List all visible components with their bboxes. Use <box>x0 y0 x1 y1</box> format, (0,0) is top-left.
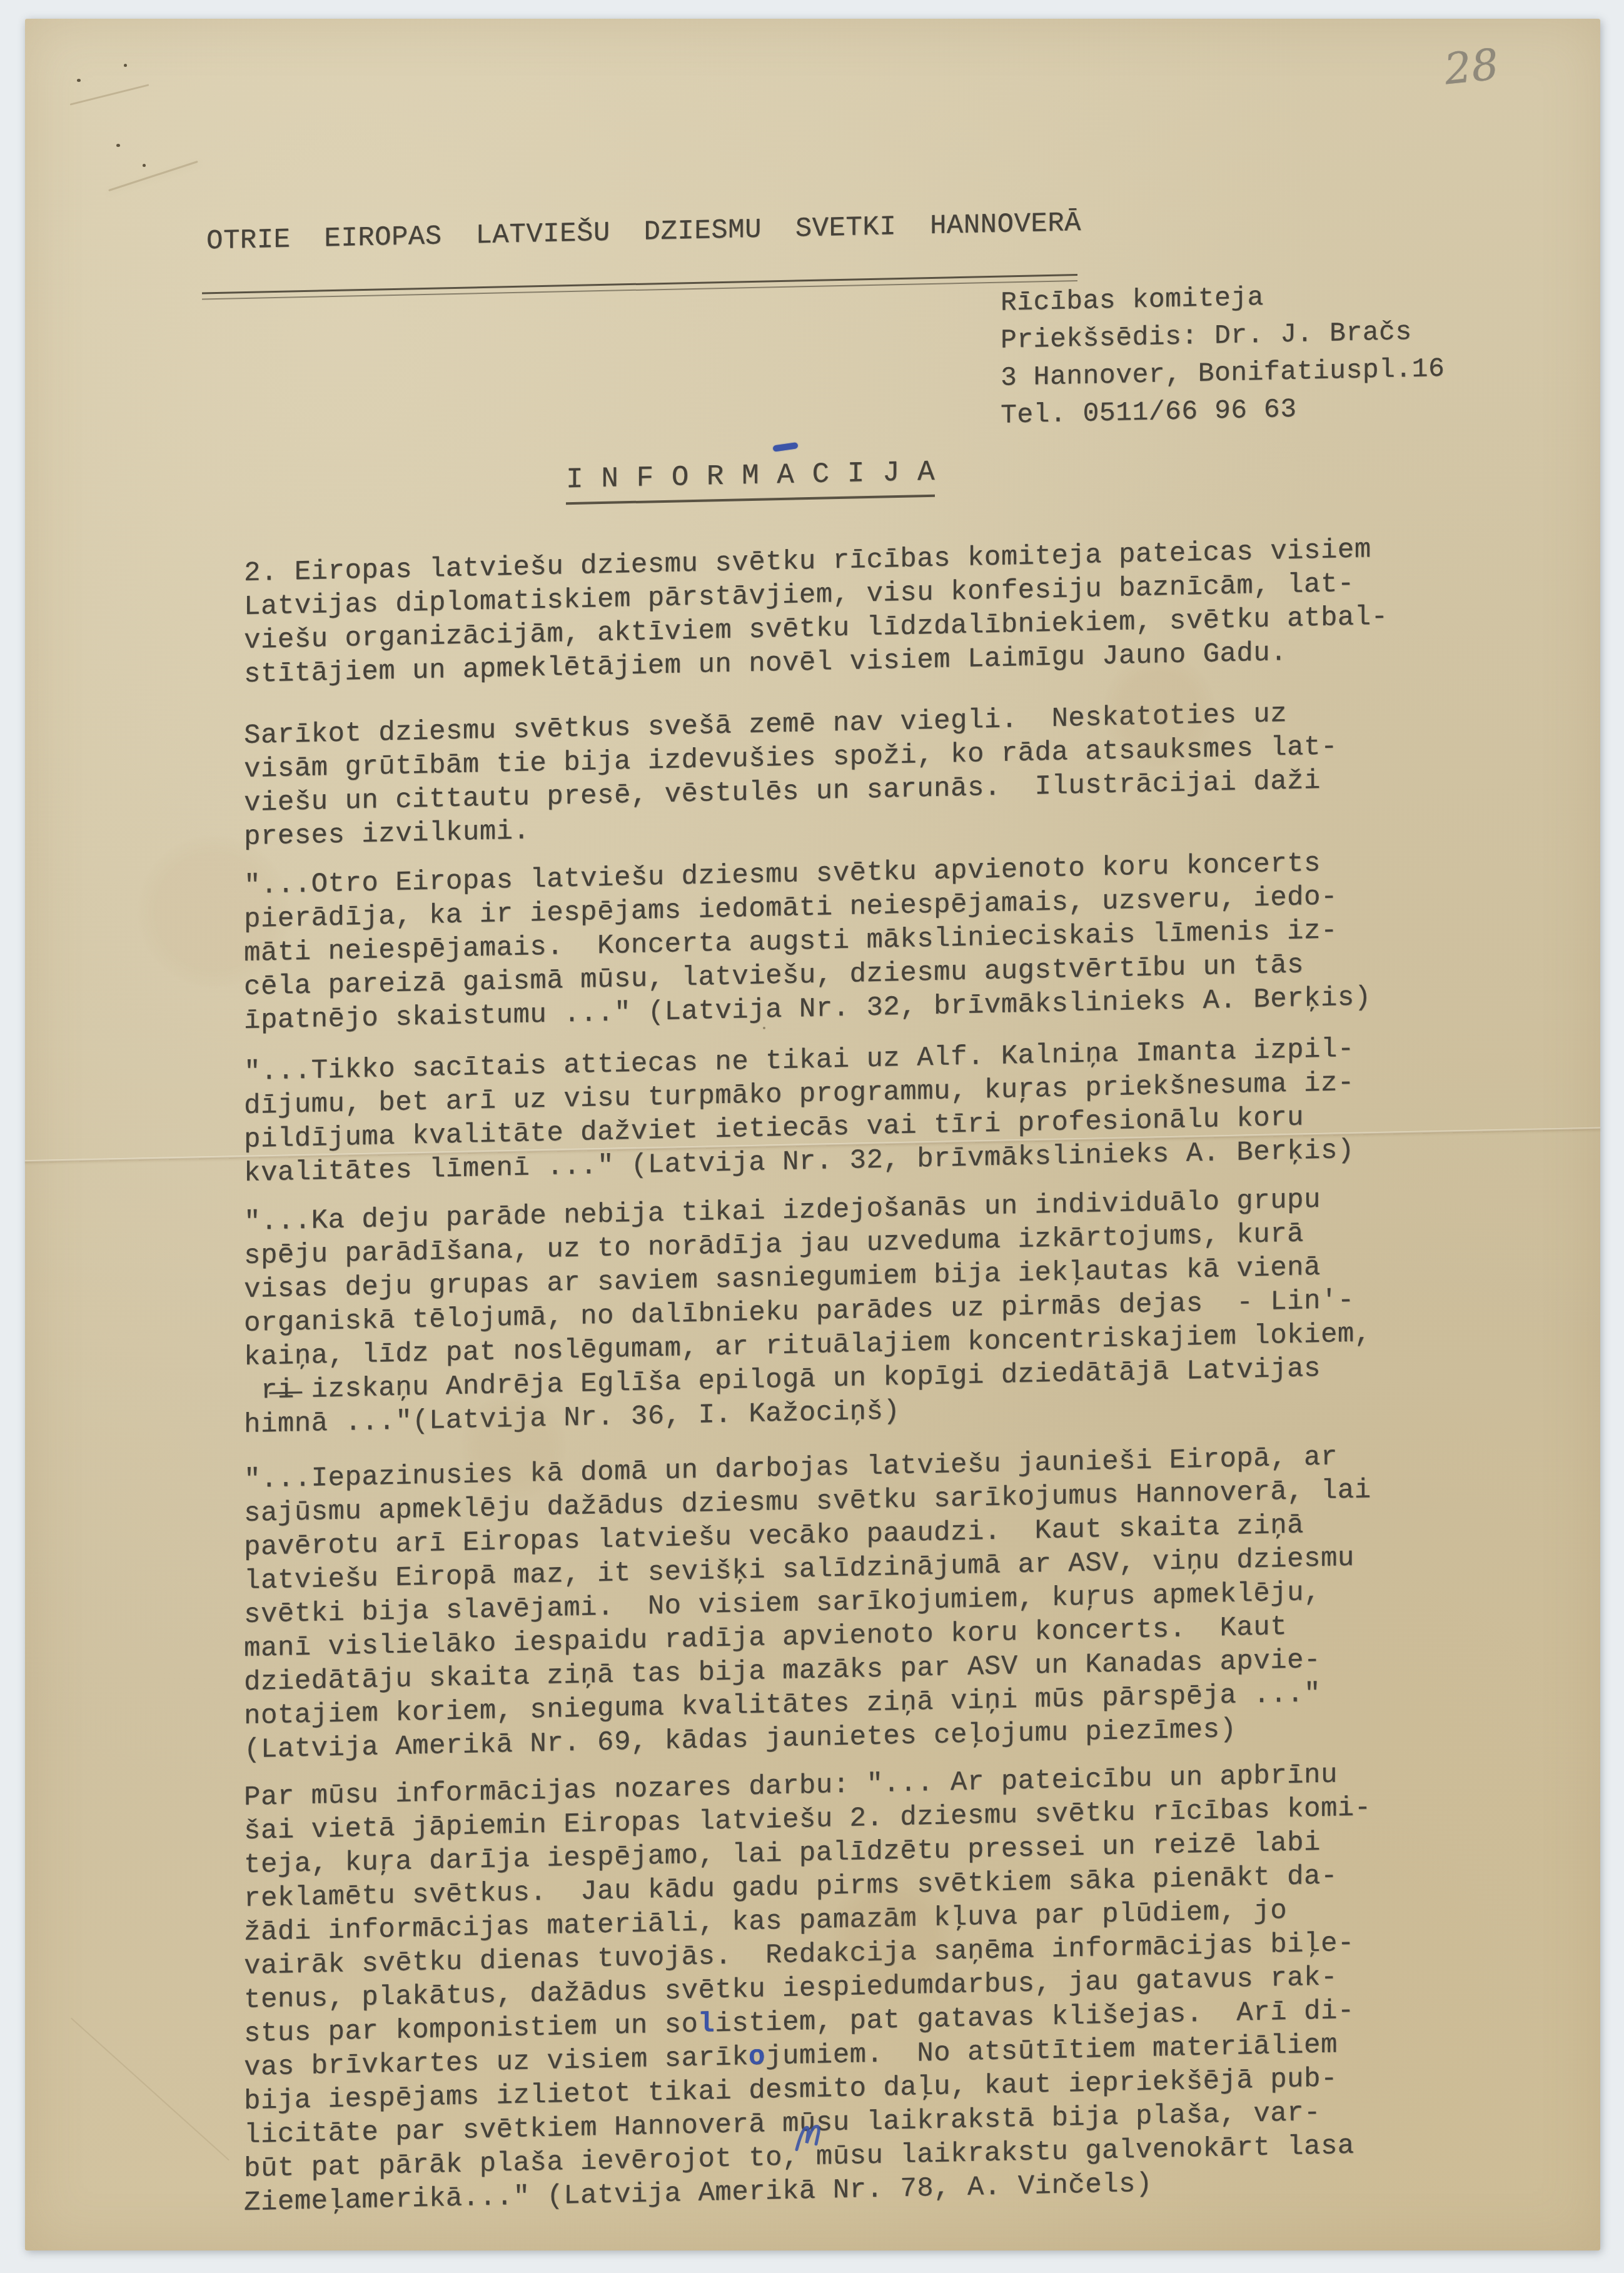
document-title: I N F O R M A C I J A <box>566 456 935 505</box>
paper-speck <box>143 164 146 167</box>
paragraph-quote-latvija-36: "...Ka deju parāde nebija tikai izdejoša… <box>244 1181 1451 1442</box>
paragraph-quote-latvija-32a: "...Otro Eiropas latviešu dziesmu svētku… <box>244 844 1451 1038</box>
paper-speck <box>763 1027 765 1029</box>
paper-speck <box>124 64 127 67</box>
typewritten-content: OTRIE EIROPAS LATVIEŠU DZIESMU SVETKI HA… <box>25 0 1600 2255</box>
committee-address-block: Rīcības komiteja Priekšsēdis: Dr. J. Bra… <box>1001 275 1445 435</box>
header-underline <box>202 274 1077 300</box>
paragraph-quote-latvija-amerika-78: Par mūsu informācijas nozares darbu: "..… <box>244 1756 1451 2220</box>
blue-ink-correction-l: l <box>698 2007 715 2042</box>
blue-ink-correction-o: o <box>749 2040 765 2075</box>
paper-speck <box>116 144 120 147</box>
paragraph-thanks: 2. Eiropas latviešu dziesmu svētku rīcīb… <box>244 532 1451 692</box>
handwritten-macron-mark <box>773 442 799 452</box>
document-page: 28 OTRIE EIROPAS LATVIEŠU DZIESMU SVETKI… <box>25 19 1600 2250</box>
scanned-document: 28 OTRIE EIROPAS LATVIEŠU DZIESMU SVETKI… <box>0 0 1624 2273</box>
paragraph-quote-latvija-amerika-69: "...Iepazinusies kā domā un darbojas lat… <box>244 1438 1451 1767</box>
paper-speck <box>77 79 81 82</box>
blue-ink-insertion-mark <box>793 2121 829 2157</box>
paragraph-quote-latvija-32b: "...Tikko sacītais attiecas ne tikai uz … <box>244 1031 1451 1191</box>
paragraph-intro: Sarīkot dziesmu svētkus svešā zemē nav v… <box>244 694 1451 854</box>
document-header-title: OTRIE EIROPAS LATVIEŠU DZIESMU SVETKI HA… <box>206 208 1081 257</box>
